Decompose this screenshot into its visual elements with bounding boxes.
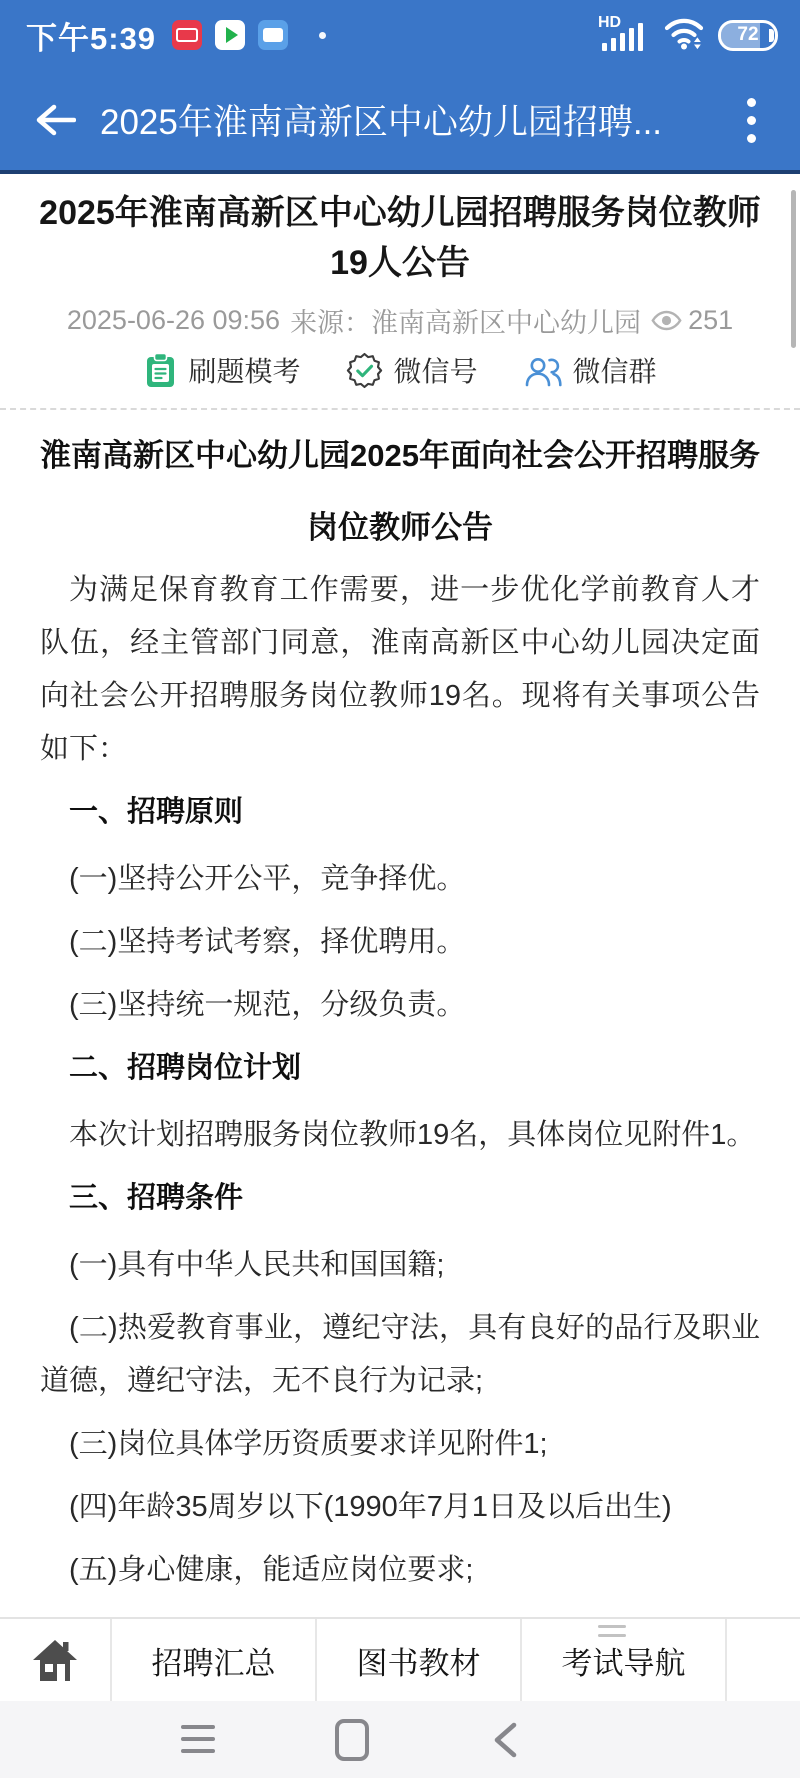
paragraph: (一)具有中华人民共和国国籍; [40,1239,760,1292]
badge-check-icon [346,352,383,389]
app-header: 2025年淮南高新区中心幼儿园招聘... [0,70,800,174]
practice-exam-button[interactable]: 刷题模考 [143,350,300,390]
recents-icon[interactable] [181,1725,215,1753]
android-nav-bar [0,1701,800,1778]
notification-icons [172,20,326,50]
article-body: 为满足保育教育工作需要，进一步优化学前教育人才队伍，经主管部门同意，淮南高新区中… [40,564,760,1660]
signal-strength-icon: HD [596,12,650,59]
page-title: 2025年淮南高新区中心幼儿园招聘... [100,95,743,145]
wifi-icon [663,15,705,56]
paragraph: (二)坚持考试考察，择优聘用。 [40,916,760,969]
scrollbar[interactable] [791,190,796,348]
nav-item-books[interactable]: 图书教材 [315,1619,520,1701]
bottom-nav: 招聘汇总 图书教材 考试导航 [0,1617,800,1701]
article-title: 2025年淮南高新区中心幼儿园招聘服务岗位教师19人公告 [38,188,762,288]
article-heading: 淮南高新区中心幼儿园2025年面向社会公开招聘服务岗位教师公告 [40,420,760,564]
section-heading: 一、招聘原则 [40,786,760,839]
svg-text:HD: HD [598,14,621,31]
clipboard-icon [143,352,178,389]
section-heading: 二、招聘岗位计划 [40,1042,760,1095]
article-body-container: 淮南高新区中心幼儿园2025年面向社会公开招聘服务岗位教师公告 为满足保育教育工… [0,410,800,1660]
paragraph: 本次计划招聘服务岗位教师19名，具体岗位见附件1。 [40,1109,760,1162]
nav-item-recruit-summary[interactable]: 招聘汇总 [110,1619,315,1701]
home-icon [31,1637,79,1683]
message-icon [258,20,288,50]
paragraph: 为满足保育教育工作需要，进一步优化学前教育人才队伍，经主管部门同意，淮南高新区中… [40,564,760,776]
wechat-id-button[interactable]: 微信号 [346,350,477,390]
back-arrow-icon[interactable] [34,103,76,137]
battery-percent: 72 [737,24,758,46]
paragraph: (一)坚持公开公平，竞争择优。 [40,853,760,906]
clock: 下午5:39 [26,13,156,58]
status-bar: 下午5:39 HD [0,0,800,70]
article-source: 来源：淮南高新区中心幼儿园 [290,301,641,340]
panel-handle-icon[interactable] [598,1625,626,1637]
home-square-icon[interactable] [335,1719,369,1761]
notification-dot-icon [319,32,326,39]
nav-spacer [725,1619,800,1701]
quick-actions: 刷题模考 微信号 微信群 [0,348,800,392]
wechat-id-label: 微信号 [393,350,477,390]
paragraph: (四)年龄35周岁以下(1990年7月1日及以后出生) [40,1481,760,1534]
video-play-icon [215,20,245,50]
phone-screen: 下午5:39 HD [0,0,800,1778]
practice-exam-label: 刷题模考 [188,350,300,390]
paragraph: (五)身心健康，能适应岗位要求; [40,1544,760,1597]
people-group-icon [524,353,563,388]
back-chevron-icon[interactable] [492,1721,518,1764]
battery-icon: 72 [718,20,778,51]
view-count: 251 [688,305,733,336]
vertical-dots-menu-icon[interactable] [743,92,760,149]
wechat-group-label: 微信群 [573,350,657,390]
publish-datetime: 2025-06-26 09:56 [67,305,280,336]
eye-icon [651,309,682,332]
section-heading: 三、招聘条件 [40,1172,760,1225]
paragraph: (三)坚持统一规范，分级负责。 [40,979,760,1032]
nav-home-button[interactable] [0,1619,110,1701]
paragraph: (二)热爱教育事业，遵纪守法，具有良好的品行及职业道德，遵纪守法，无不良行为记录… [40,1302,760,1408]
wechat-group-button[interactable]: 微信群 [524,350,657,390]
xiaohongshu-icon [172,20,202,50]
article-meta: 2025-06-26 09:56 来源：淮南高新区中心幼儿园 251 [0,302,800,338]
paragraph: (三)岗位具体学历资质要求详见附件1; [40,1418,760,1471]
battery-indicator: 72 [718,20,774,51]
